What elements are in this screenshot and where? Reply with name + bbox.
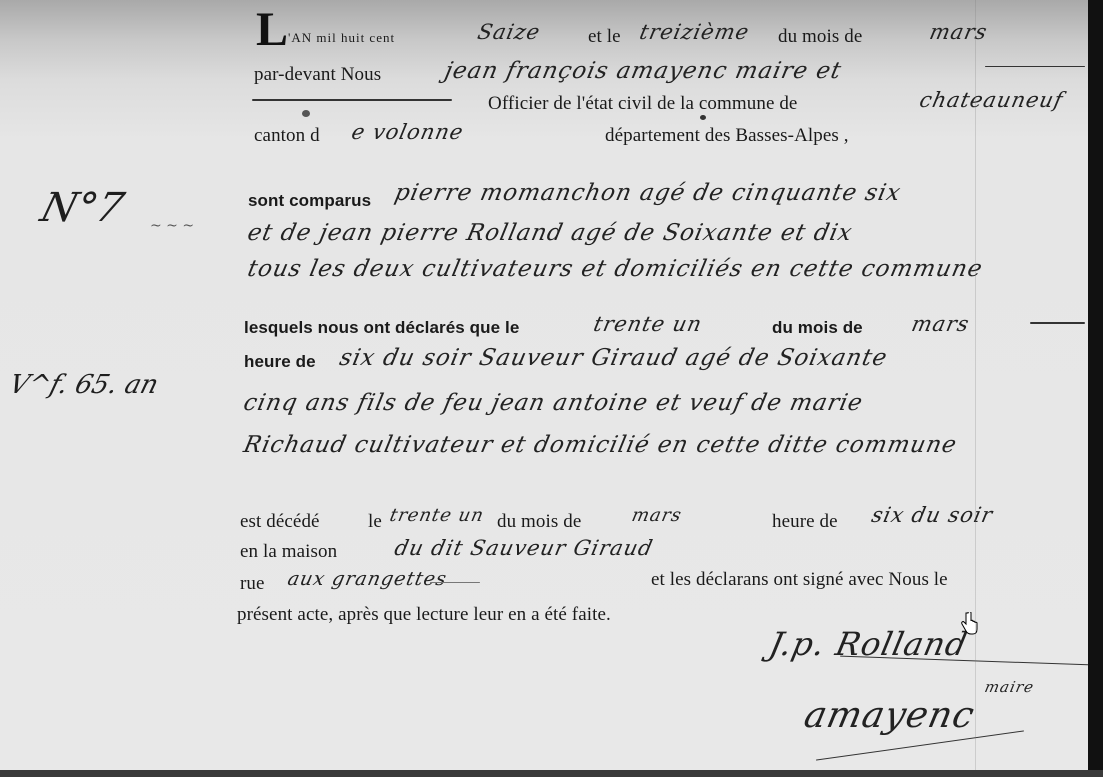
declaration-line1-b: du mois de <box>772 318 863 338</box>
hand-witness-3: tous les deux cultivateurs et domiciliés… <box>245 256 985 282</box>
header-line1-a: 'AN mil huit cent <box>288 26 395 48</box>
margin-dashes: ~ ~ ~ <box>150 218 194 234</box>
death-line3-a: rue <box>240 573 265 595</box>
hand-decl-day: trente un <box>591 312 704 336</box>
scan-border-right <box>1088 0 1103 777</box>
page-fold <box>975 0 976 777</box>
declaration-line2: heure de <box>244 352 316 372</box>
margin-annotation: V^f. 65. an <box>6 370 162 400</box>
death-line1-d: heure de <box>772 511 838 533</box>
hand-death-house: du dit Sauveur Giraud <box>392 536 655 560</box>
death-line1-a: est décédé <box>240 511 320 533</box>
hand-witness-2: et de jean pierre Rolland agé de Soixant… <box>245 220 855 246</box>
hand-decl-line4: Richaud cultivateur et domicilié en cett… <box>241 432 959 458</box>
header-line4-a: canton d <box>254 125 320 147</box>
dropcap: L <box>256 6 288 54</box>
death-line3-b: et les déclarans ont signé avec Nous le <box>651 569 948 591</box>
header-line1-b: et le <box>588 26 621 48</box>
scan-border-bottom <box>0 770 1103 777</box>
death-line4: présent acte, après que lecture leur en … <box>237 604 611 626</box>
hand-commune: chateauneuf <box>917 88 1065 112</box>
header-rule-right <box>985 66 1085 67</box>
hand-death-day: trente un <box>388 505 486 526</box>
header-line3: Officier de l'état civil de la commune d… <box>488 93 797 115</box>
hand-witness-1: pierre momanchon agé de cinquante six <box>392 180 903 206</box>
hand-month: mars <box>927 20 989 44</box>
hand-canton: e volonne <box>349 120 466 144</box>
death-line1-b: le <box>368 511 382 533</box>
ink-blot <box>700 115 706 120</box>
header-line1-c: du mois de <box>778 26 862 48</box>
signature-mayor-title: maire <box>983 678 1036 696</box>
hand-death-street: aux grangettes <box>286 568 449 590</box>
entry-number: N°7 <box>36 185 129 231</box>
witnesses-label: sont comparus <box>248 191 371 211</box>
register-page: N°7 ~ ~ ~ V^f. 65. an L 'AN mil huit cen… <box>0 0 1088 770</box>
ink-smudge <box>302 110 310 117</box>
death-line2: en la maison <box>240 541 337 563</box>
hand-death-month: mars <box>630 505 684 526</box>
header-line2: par-devant Nous <box>254 64 381 86</box>
hand-year: Saize <box>475 20 542 44</box>
hand-day: treizième <box>637 20 751 44</box>
death-line1-c: du mois de <box>497 511 581 533</box>
street-rule <box>430 582 480 583</box>
header-rule <box>252 99 452 101</box>
hand-death-hour: six du soir <box>869 503 995 527</box>
decl-rule <box>1030 322 1085 324</box>
hand-decl-month: mars <box>909 312 971 336</box>
header-line4-b: département des Basses-Alpes , <box>605 125 849 147</box>
hand-officer-name: jean françois amayenc maire et <box>442 58 844 84</box>
hand-decl-line3: cinq ans fils de feu jean antoine et veu… <box>241 390 865 416</box>
signature-mayor: amayenc <box>801 695 979 736</box>
declaration-line1-a: lesquels nous ont déclarés que le <box>244 318 519 338</box>
hand-decl-line2: six du soir Sauveur Giraud agé de Soixan… <box>337 345 890 371</box>
